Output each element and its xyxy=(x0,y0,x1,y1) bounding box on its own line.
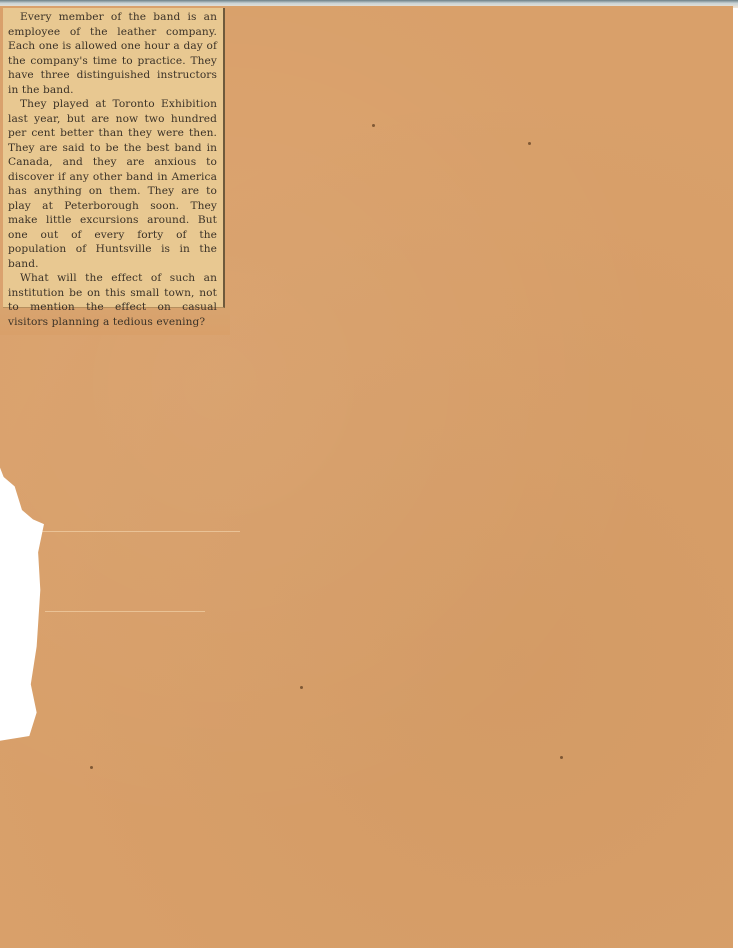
paper-speck xyxy=(528,142,531,145)
newspaper-clipping: Every member of the band is an employee … xyxy=(3,8,225,308)
clipping-paragraph: Every member of the band is an employee … xyxy=(8,10,217,97)
paper-speck xyxy=(560,756,563,759)
clipping-paragraph: What will the effect of such an institut… xyxy=(8,271,217,329)
paper-speck xyxy=(300,686,303,689)
paper-crease xyxy=(45,611,205,612)
paper-speck xyxy=(90,766,93,769)
paper-speck xyxy=(372,124,375,127)
clipping-paragraph: They played at Toronto Exhibition last y… xyxy=(8,97,217,271)
paper-crease xyxy=(40,531,240,532)
